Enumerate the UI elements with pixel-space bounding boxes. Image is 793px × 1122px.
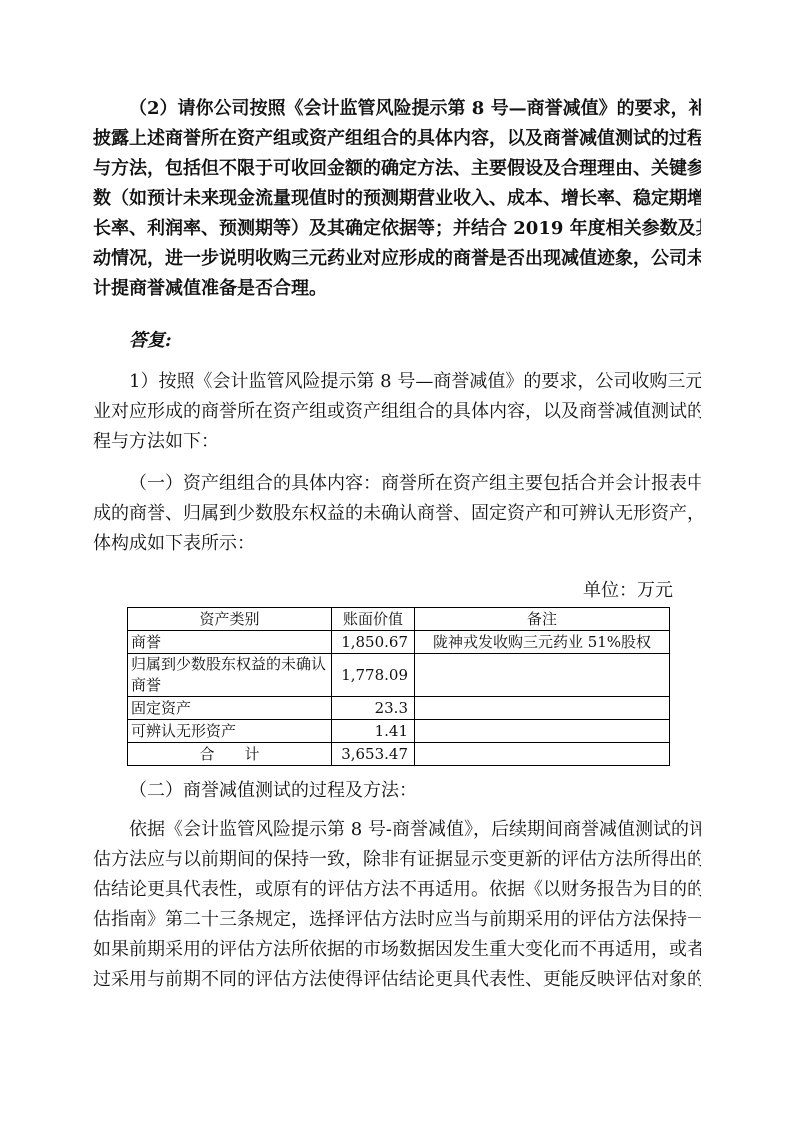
cell-category: 可辨认无形资产 (128, 720, 332, 743)
cell-note (415, 743, 670, 766)
cell-note (415, 720, 670, 743)
cell-value: 3,653.47 (332, 743, 415, 766)
cell-note (415, 697, 670, 720)
text-line: 体构成如下表所示： (93, 529, 701, 559)
text-line: 长率、利润率、预测期等）及其确定依据等；并结合 2019 年度相关参数及其变 (93, 214, 701, 244)
table-row: 归属到少数股东权益的未确认商誉 1,778.09 (128, 654, 670, 697)
text-line: 估指南》第二十三条规定，选择评估方法时应当与前期采用的评估方法保持一致。 (93, 905, 701, 935)
table-header-category: 资产类别 (128, 608, 332, 631)
text-line: 披露上述商誉所在资产组或资产组组合的具体内容，以及商誉减值测试的过程 (93, 124, 701, 154)
cell-category: 固定资产 (128, 697, 332, 720)
text-line: 与方法，包括但不限于可收回金额的确定方法、主要假设及合理理由、关键参 (93, 154, 701, 184)
cell-category: 归属到少数股东权益的未确认商誉 (128, 654, 332, 697)
text-line: 过采用与前期不同的评估方法使得评估结论更具代表性、更能反映评估对象的公 (93, 965, 701, 995)
text-line: （二）商誉减值测试的过程及方法： (93, 776, 701, 806)
table-header-note: 备注 (415, 608, 670, 631)
text-line: 成的商誉、归属到少数股东权益的未确认商誉、固定资产和可辨认无形资产，具 (93, 499, 701, 529)
cell-value: 1,850.67 (332, 631, 415, 654)
table-header-row: 资产类别 账面价值 备注 (128, 608, 670, 631)
table-row: 固定资产 23.3 (128, 697, 670, 720)
text-line: 如果前期采用的评估方法所依据的市场数据因发生重大变化而不再适用，或者通 (93, 935, 701, 965)
section-two-paragraph: 依据《会计监管风险提示第 8 号-商誉减值》，后续期间商誉减值测试的评 估方法应… (93, 815, 701, 995)
text-line: 业对应形成的商誉所在资产组或资产组组合的具体内容，以及商誉减值测试的过 (93, 397, 701, 427)
asset-group-table: 资产类别 账面价值 备注 商誉 1,850.67 陇神戎发收购三元药业 51%股… (127, 607, 670, 766)
text-line: 程与方法如下： (93, 427, 701, 457)
text-line: 答复: (93, 326, 701, 356)
text-line: 数（如预计未来现金流量现值时的预测期营业收入、成本、增长率、稳定期增 (93, 184, 701, 214)
text-line: （2）请你公司按照《会计监管风险提示第 8 号—商誉减值》的要求，补充 (93, 94, 701, 124)
cell-category: 商誉 (128, 631, 332, 654)
text-line: 1）按照《会计监管风险提示第 8 号—商誉减值》的要求，公司收购三元药 (93, 367, 701, 397)
question-paragraph: （2）请你公司按照《会计监管风险提示第 8 号—商誉减值》的要求，补充 披露上述… (93, 94, 701, 304)
answer-label: 答复: (93, 326, 701, 356)
section-one-paragraph: （一）资产组组合的具体内容：商誉所在资产组主要包括合并会计报表中形 成的商誉、归… (93, 469, 701, 559)
text-line: 依据《会计监管风险提示第 8 号-商誉减值》，后续期间商誉减值测试的评 (93, 815, 701, 845)
page-content: （2）请你公司按照《会计监管风险提示第 8 号—商誉减值》的要求，补充 披露上述… (93, 94, 701, 995)
cell-value: 1,778.09 (332, 654, 415, 697)
text-line: 动情况，进一步说明收购三元药业对应形成的商誉是否出现减值迹象，公司未 (93, 244, 701, 274)
cell-category: 合 计 (128, 743, 332, 766)
table-row: 可辨认无形资产 1.41 (128, 720, 670, 743)
cell-note (415, 654, 670, 697)
table-total-row: 合 计 3,653.47 (128, 743, 670, 766)
text-line: （一）资产组组合的具体内容：商誉所在资产组主要包括合并会计报表中形 (93, 469, 701, 499)
text-line: 计提商誉减值准备是否合理。 (93, 274, 701, 304)
cell-value: 1.41 (332, 720, 415, 743)
cell-value: 23.3 (332, 697, 415, 720)
text-line: 估方法应与以前期间的保持一致，除非有证据显示变更新的评估方法所得出的评 (93, 845, 701, 875)
answer-intro-paragraph: 1）按照《会计监管风险提示第 8 号—商誉减值》的要求，公司收购三元药 业对应形… (93, 367, 701, 457)
table-header-value: 账面价值 (332, 608, 415, 631)
text-line: 估结论更具代表性，或原有的评估方法不再适用。依据《以财务报告为目的的评 (93, 875, 701, 905)
table-unit-label: 单位：万元 (93, 580, 701, 602)
table-row: 商誉 1,850.67 陇神戎发收购三元药业 51%股权 (128, 631, 670, 654)
document-page: （2）请你公司按照《会计监管风险提示第 8 号—商誉减值》的要求，补充 披露上述… (0, 0, 793, 1122)
cell-note: 陇神戎发收购三元药业 51%股权 (415, 631, 670, 654)
section-two-heading: （二）商誉减值测试的过程及方法： (93, 776, 701, 806)
